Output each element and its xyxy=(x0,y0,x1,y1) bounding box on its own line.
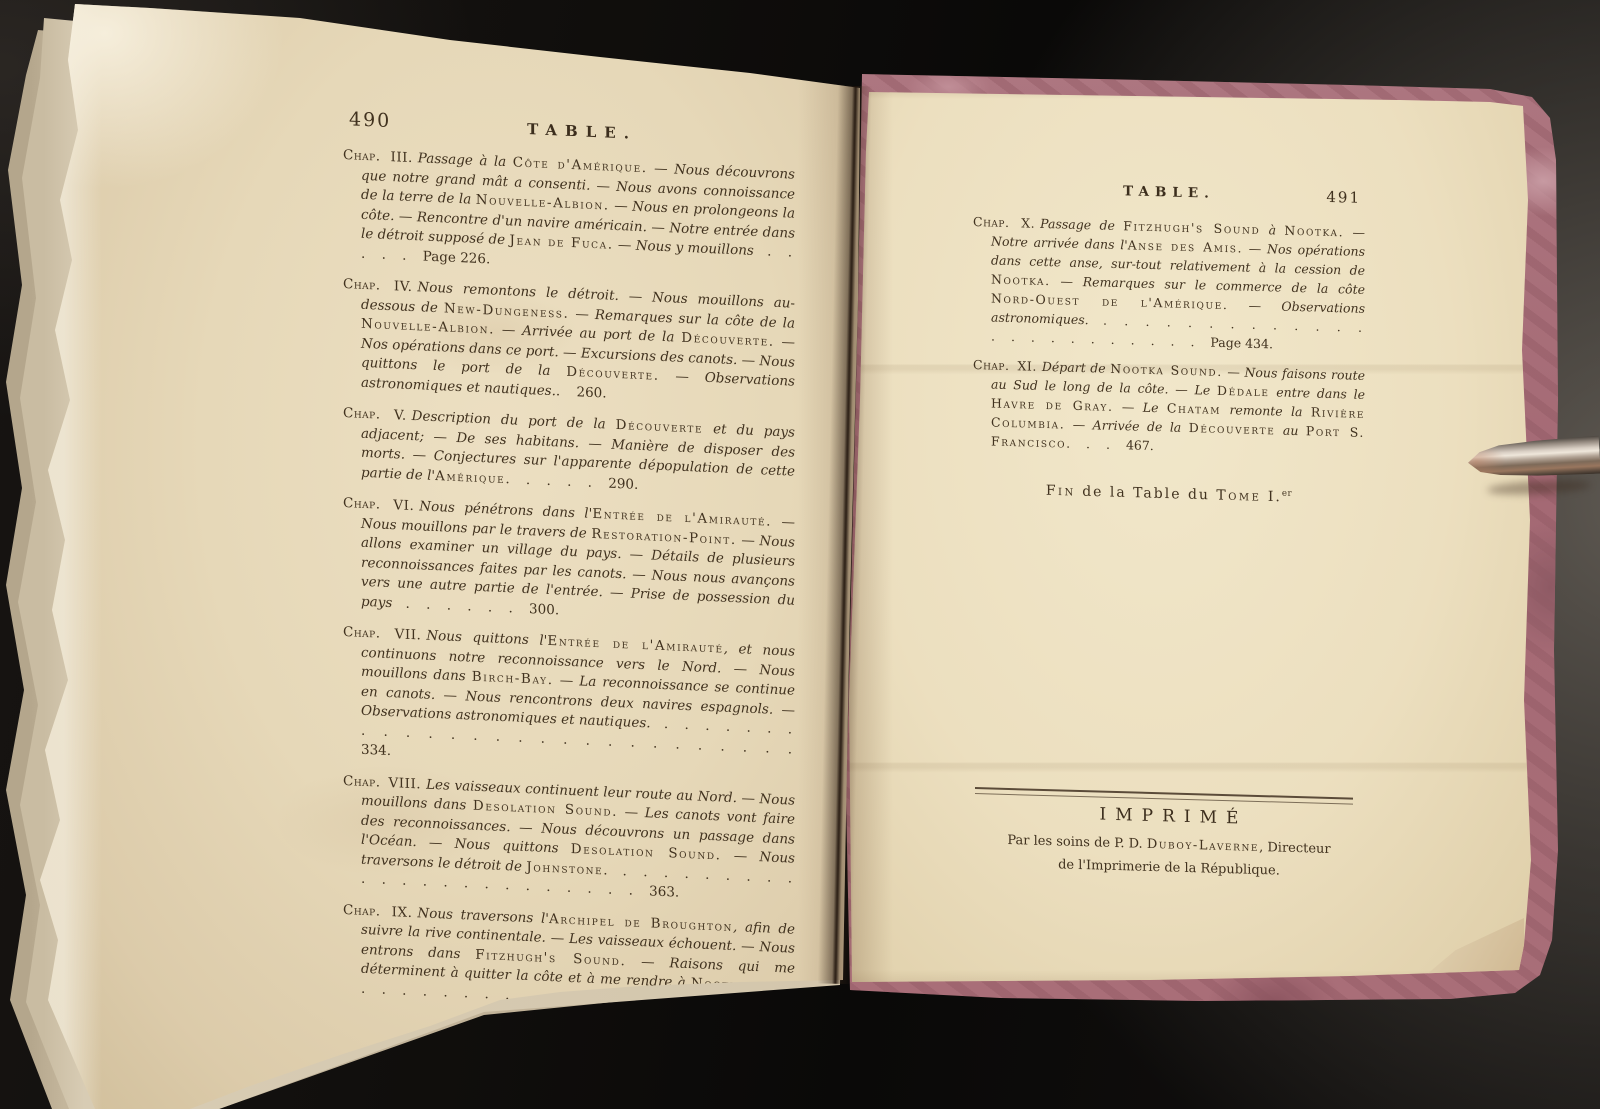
left-table-heading: TABLE. xyxy=(343,112,795,151)
dot-leader: . . . . . xyxy=(505,471,608,491)
entry-text-segment: Nord-Ouest de l'Amérique. xyxy=(991,291,1228,313)
chapter-label: Chap. xyxy=(973,214,1009,230)
entry-text-segment: Anse des Amis. xyxy=(1128,237,1243,255)
toc-entry-chap-x: Chap. X.Passage de Fitzhugh's Sound à No… xyxy=(973,212,1365,356)
entry-text-segment: Restoration-Point. xyxy=(591,525,736,547)
right-page-header: TABLE. 491 xyxy=(973,178,1365,211)
chapter-numeral: V. xyxy=(381,407,412,424)
chapter-numeral: VIII. xyxy=(381,774,427,792)
imprint-block: IMPRIMÉ Par les soins de P. D. Duboy-Lav… xyxy=(973,787,1365,883)
chapter-numeral: XI. xyxy=(1009,358,1041,374)
entry-text-segment: Découverte xyxy=(616,417,704,437)
left-toc-entries: Chap. III.Passage à la Côte d'Amérique. … xyxy=(343,146,795,1018)
entry-text-segment: Page 226. xyxy=(423,248,491,267)
entry-text-segment: Desolation Sound. xyxy=(571,841,722,864)
entry-text-segment: Nootka. xyxy=(991,272,1051,289)
entry-text-segment: I. xyxy=(1261,489,1281,506)
entry-text-segment: 290. xyxy=(608,475,638,492)
toc-entry-chap-viii: Chap. VIII.Les vaisseaux continuent leur… xyxy=(343,772,795,909)
entry-text-segment: Chatam xyxy=(1167,400,1221,417)
entry-text-segment: Duboy-Laverne xyxy=(1147,837,1259,855)
toc-entry-chap-vi: Chap. VI.Nous pénétrons dans l'Entrée de… xyxy=(343,494,795,631)
chapter-numeral: VI. xyxy=(381,497,420,515)
right-toc-entries: Chap. X.Passage de Fitzhugh's Sound à No… xyxy=(973,212,1365,461)
toc-entry-chap-iv: Chap. IV.Nous remontons le détroit. — No… xyxy=(343,275,795,412)
entry-text-segment: Découverte. xyxy=(681,330,774,350)
right-folio-number: 491 xyxy=(1326,188,1361,208)
entry-text-segment: entre dans le xyxy=(1270,384,1365,402)
chapter-label: Chap. xyxy=(343,405,381,423)
right-page-text-block: TABLE. 491 Chap. X.Passage de Fitzhugh's… xyxy=(973,178,1365,883)
entry-text-segment: Découverte xyxy=(1189,420,1276,437)
chapter-label: Chap. xyxy=(973,357,1009,373)
dot-leader: . xyxy=(556,383,577,400)
chapter-numeral: VII. xyxy=(381,626,427,644)
chapter-label: Chap. xyxy=(343,276,381,294)
entry-text-segment: 334. xyxy=(361,742,391,759)
entry-text-segment: 467. xyxy=(1126,437,1154,453)
entry-text-segment: Johnstone. xyxy=(526,859,609,879)
double-rule-divider xyxy=(975,787,1353,805)
entry-text-segment: Desolation Sound. xyxy=(473,798,618,820)
toc-entry-chap-xi: Chap. XI.Départ de Nootka Sound. — Nous … xyxy=(973,355,1365,461)
entry-text-segment: au xyxy=(1275,422,1305,438)
right-table-heading: TABLE. xyxy=(973,178,1365,208)
entry-text-segment: à xyxy=(1260,222,1284,238)
left-page-text-block: 490 TABLE. Chap. III.Passage à la Côte d… xyxy=(343,112,795,1030)
entry-text-segment: Havre de Gray. xyxy=(991,396,1114,414)
entry-text-segment: Fitzhugh's Sound. xyxy=(475,946,626,969)
entry-text-segment: Page 434. xyxy=(1210,335,1273,352)
entry-text-segment: 363. xyxy=(649,883,679,900)
entry-text-segment: Nous quittons l' xyxy=(426,628,547,649)
entry-text-segment: remonte la xyxy=(1221,402,1311,420)
entry-text-segment: Jean de Fuca. xyxy=(509,232,613,253)
toc-entry-chap-v: Chap. V.Description du port de la Découv… xyxy=(343,404,795,502)
entry-text-segment: Fitzhugh's Sound xyxy=(1123,218,1260,237)
entry-text-segment: de la Table du xyxy=(1076,484,1217,504)
right-page-491: TABLE. 491 Chap. X.Passage de Fitzhugh's… xyxy=(845,85,1540,990)
left-page-490: 490 TABLE. Chap. III.Passage à la Côte d… xyxy=(38,0,868,1109)
entry-text-segment: Par les soins de P. D. xyxy=(1007,833,1147,852)
entry-text-segment: — Le xyxy=(1114,399,1167,415)
entry-text-segment: Amérique xyxy=(435,468,505,487)
chapter-label: Chap. xyxy=(343,495,381,513)
entry-text-segment: 260. xyxy=(577,384,607,401)
entry-text-segment: Passage à la xyxy=(418,150,513,170)
chapter-numeral: X. xyxy=(1009,215,1040,231)
photo-open-antique-book: 490 TABLE. Chap. III.Passage à la Côte d… xyxy=(0,0,1600,1109)
entry-text-segment: Passage de xyxy=(1040,216,1123,233)
entry-text-segment: Nouvelle-Albion. xyxy=(361,316,495,338)
entry-text-segment: Nootka Sound. xyxy=(1110,361,1223,379)
entry-text-segment: Départ de xyxy=(1042,359,1110,376)
dot-leader: . . . xyxy=(1066,436,1126,453)
chapter-numeral: IX. xyxy=(381,903,418,921)
entry-text-segment: Dédale xyxy=(1217,383,1269,399)
entry-text-segment: Birch-Bay. xyxy=(472,669,554,689)
entry-text-segment: , Directeur xyxy=(1259,840,1331,857)
chapter-numeral: IV. xyxy=(381,278,418,296)
toc-entry-chap-vii: Chap. VII.Nous quittons l'Entrée de l'Am… xyxy=(343,623,795,779)
chapter-label: Chap. xyxy=(343,902,381,920)
chapter-label: Chap. xyxy=(343,147,381,165)
entry-text-segment: er xyxy=(1282,489,1292,499)
entry-text-segment: Tome xyxy=(1216,487,1261,504)
left-page-header: 490 TABLE. xyxy=(343,112,795,154)
fin-de-table-line: Fin de la Table du Tome I.er xyxy=(973,476,1365,510)
entry-text-segment: — Arrivée de la xyxy=(1065,417,1188,435)
imprime-title: IMPRIMÉ xyxy=(973,802,1365,832)
entry-text-segment: Nous traversons l' xyxy=(417,905,549,927)
chapter-numeral: III. xyxy=(381,149,418,167)
entry-text-segment: Côte d'Amérique. xyxy=(513,154,648,176)
entry-text-segment: Fin xyxy=(1046,483,1076,500)
entry-text-segment: Découverte. xyxy=(566,364,659,384)
chapter-label: Chap. xyxy=(343,624,381,642)
entry-text-segment: Nootka. xyxy=(1284,223,1344,240)
entry-text-segment: Nouvelle-Albion. xyxy=(476,192,610,214)
dot-leader: . . . . . . xyxy=(392,595,529,617)
entry-text-segment: 300. xyxy=(529,601,559,618)
chapter-label: Chap. xyxy=(343,773,381,791)
entry-text-segment: — Nous y mouillons xyxy=(614,237,754,259)
toc-entry-chap-iii: Chap. III.Passage à la Côte d'Amérique. … xyxy=(343,146,795,283)
entry-text-segment: New-Dungeness. xyxy=(444,300,570,321)
